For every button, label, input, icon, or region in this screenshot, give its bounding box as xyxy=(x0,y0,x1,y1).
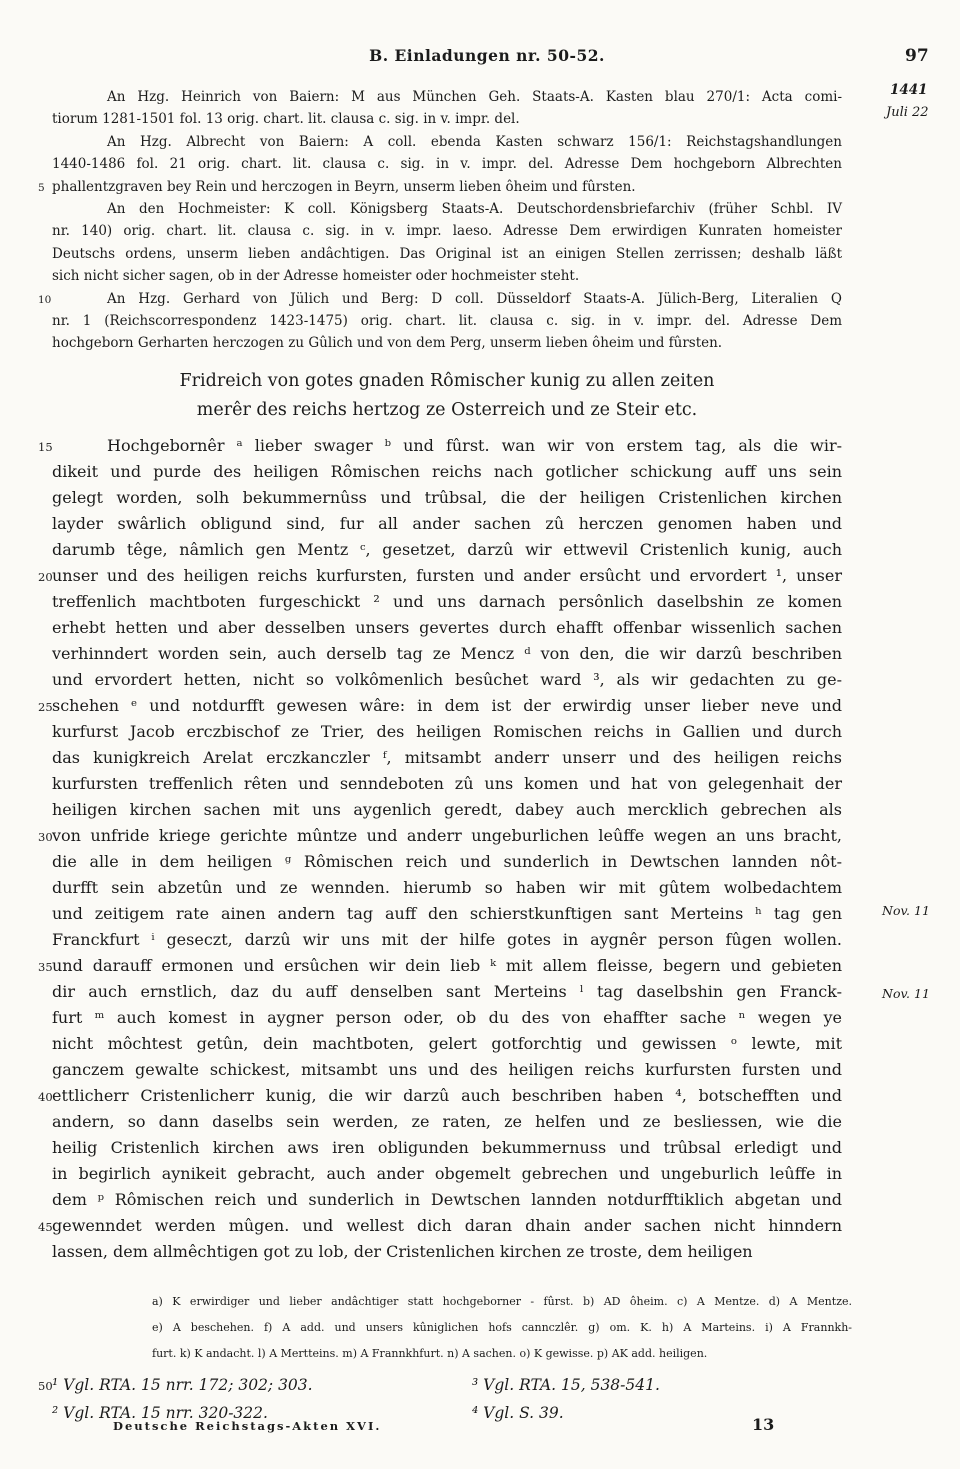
line-number: 5 xyxy=(0,182,52,194)
line-text: nr. 140) orig. chart. lit. clausa c. sig… xyxy=(52,220,842,242)
line-number: 35 xyxy=(0,960,52,974)
line-text: nicht môchtest getûn, dein machtboten, g… xyxy=(52,1031,842,1057)
text-line: treffenlich machtboten furgeschickt ² un… xyxy=(0,589,960,615)
line-text: gewenndet werden mûgen. und wellest dich… xyxy=(52,1213,842,1239)
line-text: durfft sein abzetûn und ze wennden. hier… xyxy=(52,875,842,901)
text-line: 20 unser und des heiligen reichs kurfurs… xyxy=(0,563,960,589)
archive-notes-block: An Hzg. Heinrich von Baiern: M aus Münch… xyxy=(0,86,960,355)
text-line: nr. 140) orig. chart. lit. clausa c. sig… xyxy=(0,220,960,242)
text-line: darumb têge, nâmlich gen Mentz ᶜ, gesetz… xyxy=(0,537,960,563)
line-text: heilig Cristenlich kirchen aws iren obli… xyxy=(52,1135,842,1161)
text-line: nicht môchtest getûn, dein machtboten, g… xyxy=(0,1031,960,1057)
text-line: 1440-1486 fol. 21 orig. chart. lit. clau… xyxy=(0,153,960,175)
apparatus-text: e) A beschehen. f) A add. und unsers kûn… xyxy=(52,1315,852,1341)
line-text: von unfride kriege gerichte mûntze und a… xyxy=(52,823,842,849)
text-line: gelegt worden, solh bekummernûss und trû… xyxy=(0,485,960,511)
document-heading: Fridreich von gotes gnaden Rômischer kun… xyxy=(0,367,960,425)
line-text: tiorum 1281-1501 fol. 13 orig. chart. li… xyxy=(52,108,842,130)
line-text: dikeit und purde des heiligen Rômischen … xyxy=(52,459,842,485)
running-title: B. Einladungen nr. 50-52. xyxy=(92,46,882,65)
text-line: ganczem gewalte schickest, mitsambt uns … xyxy=(0,1057,960,1083)
apparatus-line: a) K erwirdiger und lieber andâchtiger s… xyxy=(0,1289,960,1315)
heading-line: Fridreich von gotes gnaden Rômischer kun… xyxy=(52,367,842,396)
text-line: 10 An Hzg. Gerhard von Jülich und Berg: … xyxy=(0,288,960,310)
line-text: An Hzg. Albrecht von Baiern: A coll. ebe… xyxy=(52,131,842,153)
text-line: 25 schehen ᵉ und notdurfft gewesen wâre:… xyxy=(0,693,960,719)
line-text: erhebt hetten und aber desselben unsers … xyxy=(52,615,842,641)
page-footer: Deutsche Reichstags-Akten XVI. 13 xyxy=(0,1415,960,1445)
line-text: 1440-1486 fol. 21 orig. chart. lit. clau… xyxy=(52,153,842,175)
margin-date-nov-second: Nov. 11 xyxy=(882,986,930,1001)
line-text: An Hzg. Gerhard von Jülich und Berg: D c… xyxy=(52,288,842,310)
line-text: Franckfurt ⁱ geseczt, darzû wir uns mit … xyxy=(52,927,842,953)
line-text: gelegt worden, solh bekummernûss und trû… xyxy=(52,485,842,511)
line-text: treffenlich machtboten furgeschickt ² un… xyxy=(52,589,842,615)
line-number: 15 xyxy=(0,440,52,454)
line-text: unser und des heiligen reichs kurfursten… xyxy=(52,563,842,589)
text-line: An Hzg. Heinrich von Baiern: M aus Münch… xyxy=(0,86,960,108)
line-text: lassen, dem allmêchtigen got zu lob, der… xyxy=(52,1239,842,1265)
margin-date-year: 1441 xyxy=(890,82,928,98)
text-line: die alle in dem heiligen ᵍ Rômischen rei… xyxy=(0,849,960,875)
line-text: in begirlich aynikeit gebracht, auch and… xyxy=(52,1161,842,1187)
text-line: 5 phallentzgraven bey Rein und herczogen… xyxy=(0,176,960,198)
sheet-signature: 13 xyxy=(752,1415,774,1434)
text-line: lassen, dem allmêchtigen got zu lob, der… xyxy=(0,1239,960,1265)
line-text: das kunigkreich Arelat erczkanczler ᶠ, m… xyxy=(52,745,842,771)
line-text: ganczem gewalte schickest, mitsambt uns … xyxy=(52,1057,842,1083)
line-text: und zeitigem rate ainen andern tag auff … xyxy=(52,901,842,927)
apparatus-line: furt. k) K andacht. l) A Mertteins. m) A… xyxy=(0,1341,960,1367)
scanned-book-page: B. Einladungen nr. 50-52. 97 An Hzg. Hei… xyxy=(0,0,960,1469)
text-line: An den Hochmeister: K coll. Königsberg S… xyxy=(0,198,960,220)
line-number: 25 xyxy=(0,700,52,714)
line-number: 10 xyxy=(0,294,52,306)
line-text: dem ᵖ Rômischen reich und sunderlich in … xyxy=(52,1187,842,1213)
line-text: Hochgebornêr ᵃ lieber swager ᵇ und fûrst… xyxy=(52,433,842,459)
line-number: 45 xyxy=(0,1220,52,1234)
line-text: furt ᵐ auch komest in aygner person oder… xyxy=(52,1005,842,1031)
text-line: in begirlich aynikeit gebracht, auch and… xyxy=(0,1161,960,1187)
line-text: phallentzgraven bey Rein und herczogen i… xyxy=(52,176,842,198)
heading-line: merêr des reichs hertzog ze Osterreich u… xyxy=(52,396,842,425)
text-line: hochgeborn Gerharten herczogen zu Gûlich… xyxy=(0,332,960,354)
text-line: Deutschs ordens, unserm lieben andâchtig… xyxy=(0,243,960,265)
line-text: sich nicht sicher sagen, ob in der Adres… xyxy=(52,265,842,287)
text-line: 30 von unfride kriege gerichte mûntze un… xyxy=(0,823,960,849)
text-line: und zeitigem rate ainen andern tag auff … xyxy=(0,901,960,927)
line-text: und darauff ermonen und ersûchen wir dei… xyxy=(52,953,842,979)
text-line: andern, so dann daselbs sein werden, ze … xyxy=(0,1109,960,1135)
text-line: heilig Cristenlich kirchen aws iren obli… xyxy=(0,1135,960,1161)
text-line: 40 ettlicherr Cristenlicherr kunig, die … xyxy=(0,1083,960,1109)
line-text: andern, so dann daselbs sein werden, ze … xyxy=(52,1109,842,1135)
line-number: 40 xyxy=(0,1090,52,1104)
line-text: An Hzg. Heinrich von Baiern: M aus Münch… xyxy=(52,86,842,108)
text-line: kurfursten treffenlich rêten und senndeb… xyxy=(0,771,960,797)
line-text: darumb têge, nâmlich gen Mentz ᶜ, gesetz… xyxy=(52,537,842,563)
margin-date-day: Juli 22 xyxy=(886,105,929,120)
text-line: dikeit und purde des heiligen Rômischen … xyxy=(0,459,960,485)
margin-date-nov-first: Nov. 11 xyxy=(882,903,930,918)
reference-row: 50 ¹ Vgl. RTA. 15 nrr. 172; 302; 303. ³ … xyxy=(0,1371,960,1399)
series-title: Deutsche Reichstags-Akten XVI. xyxy=(113,1419,381,1433)
text-line: 15 Hochgebornêr ᵃ lieber swager ᵇ und fû… xyxy=(0,433,960,459)
apparatus-text: a) K erwirdiger und lieber andâchtiger s… xyxy=(52,1289,852,1315)
line-text: ettlicherr Cristenlicherr kunig, die wir… xyxy=(52,1083,842,1109)
line-text: nr. 1 (Reichscorrespondenz 1423-1475) or… xyxy=(52,310,842,332)
apparatus-line: e) A beschehen. f) A add. und unsers kûn… xyxy=(0,1315,960,1341)
text-line: heiligen kirchen sachen mit uns aygenlic… xyxy=(0,797,960,823)
line-text: schehen ᵉ und notdurfft gewesen wâre: in… xyxy=(52,693,842,719)
line-number: 30 xyxy=(0,830,52,844)
text-line: nr. 1 (Reichscorrespondenz 1423-1475) or… xyxy=(0,310,960,332)
text-line: 35 und darauff ermonen und ersûchen wir … xyxy=(0,953,960,979)
page-header: B. Einladungen nr. 50-52. 97 xyxy=(0,46,960,80)
line-text: layder swârlich obligund sind, fur all a… xyxy=(52,511,842,537)
line-text: hochgeborn Gerharten herczogen zu Gûlich… xyxy=(52,332,842,354)
text-line: An Hzg. Albrecht von Baiern: A coll. ebe… xyxy=(0,131,960,153)
text-line: furt ᵐ auch komest in aygner person oder… xyxy=(0,1005,960,1031)
apparatus-block: a) K erwirdiger und lieber andâchtiger s… xyxy=(0,1289,960,1367)
line-text: verhinndert worden sein, auch derselb ta… xyxy=(52,641,842,667)
text-line: dir auch ernstlich, daz du auff denselbe… xyxy=(0,979,960,1005)
line-text: Deutschs ordens, unserm lieben andâchtig… xyxy=(52,243,842,265)
text-line: verhinndert worden sein, auch derselb ta… xyxy=(0,641,960,667)
letter-body-block: 15 Hochgebornêr ᵃ lieber swager ᵇ und fû… xyxy=(0,433,960,1265)
text-line: layder swârlich obligund sind, fur all a… xyxy=(0,511,960,537)
text-line: kurfurst Jacob erczbischof ze Trier, des… xyxy=(0,719,960,745)
reference-note-3: ³ Vgl. RTA. 15, 538-541. xyxy=(472,1371,852,1399)
text-line: tiorum 1281-1501 fol. 13 orig. chart. li… xyxy=(0,108,960,130)
text-line: sich nicht sicher sagen, ob in der Adres… xyxy=(0,265,960,287)
apparatus-text: furt. k) K andacht. l) A Mertteins. m) A… xyxy=(52,1341,852,1367)
text-line: 45 gewenndet werden mûgen. und wellest d… xyxy=(0,1213,960,1239)
text-line: das kunigkreich Arelat erczkanczler ᶠ, m… xyxy=(0,745,960,771)
line-number: 20 xyxy=(0,570,52,584)
text-line: durfft sein abzetûn und ze wennden. hier… xyxy=(0,875,960,901)
line-text: die alle in dem heiligen ᵍ Rômischen rei… xyxy=(52,849,842,875)
text-line: und ervordert hetten, nicht so volkômenl… xyxy=(0,667,960,693)
line-text: heiligen kirchen sachen mit uns aygenlic… xyxy=(52,797,842,823)
text-line: erhebt hetten und aber desselben unsers … xyxy=(0,615,960,641)
line-text: kurfurst Jacob erczbischof ze Trier, des… xyxy=(52,719,842,745)
line-number: 50 xyxy=(0,1379,52,1393)
line-text: und ervordert hetten, nicht so volkômenl… xyxy=(52,667,842,693)
text-line: Franckfurt ⁱ geseczt, darzû wir uns mit … xyxy=(0,927,960,953)
line-text: dir auch ernstlich, daz du auff denselbe… xyxy=(52,979,842,1005)
page-number: 97 xyxy=(905,46,929,66)
line-text: An den Hochmeister: K coll. Königsberg S… xyxy=(52,198,842,220)
reference-note-1: ¹ Vgl. RTA. 15 nrr. 172; 302; 303. xyxy=(52,1371,472,1399)
text-line: dem ᵖ Rômischen reich und sunderlich in … xyxy=(0,1187,960,1213)
line-text: kurfursten treffenlich rêten und senndeb… xyxy=(52,771,842,797)
